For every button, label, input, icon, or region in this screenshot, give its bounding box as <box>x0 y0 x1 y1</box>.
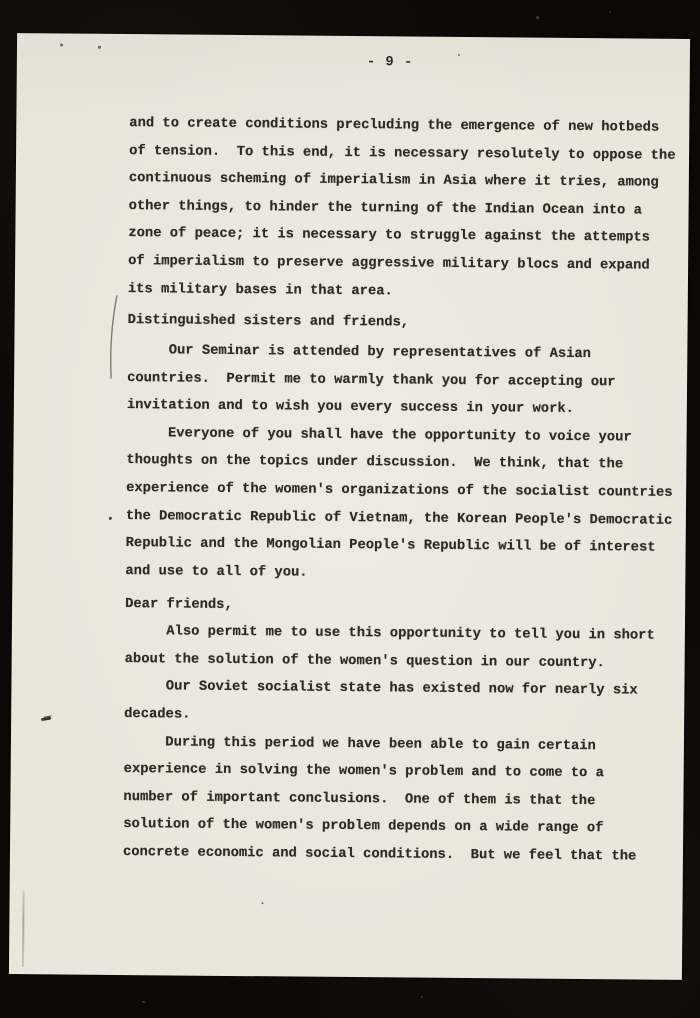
paragraph: Our Soviet socialist state has existed n… <box>124 673 684 733</box>
dust-speck <box>142 1001 145 1003</box>
ink-speck <box>60 43 63 46</box>
ink-speck <box>109 517 112 520</box>
dust-speck <box>421 996 423 998</box>
page-number: - 9 - <box>367 55 414 70</box>
ink-speck <box>262 902 264 904</box>
dust-speck <box>536 16 539 19</box>
paragraph: Everyone of you shall have the opportuni… <box>125 420 686 590</box>
paragraph: Our Seminar is attended by representativ… <box>127 337 688 425</box>
ink-speck <box>98 46 101 49</box>
ink-speck <box>458 54 460 56</box>
smudge-mark <box>41 717 51 722</box>
paragraph: and to create conditions precluding the … <box>128 110 690 308</box>
document-page: - 9 - and to create conditions precludin… <box>9 33 690 980</box>
dust-speck <box>609 11 611 13</box>
paragraph-salutation: Distinguished sisters and friends, <box>127 307 687 339</box>
paragraph: Also permit me to use this opportunity t… <box>125 618 685 678</box>
paragraph: During this period we have been able to … <box>123 729 684 872</box>
typewritten-text: and to create conditions precluding the … <box>123 110 690 871</box>
pencil-margin-mark <box>102 294 125 380</box>
edge-scratch <box>22 891 24 967</box>
